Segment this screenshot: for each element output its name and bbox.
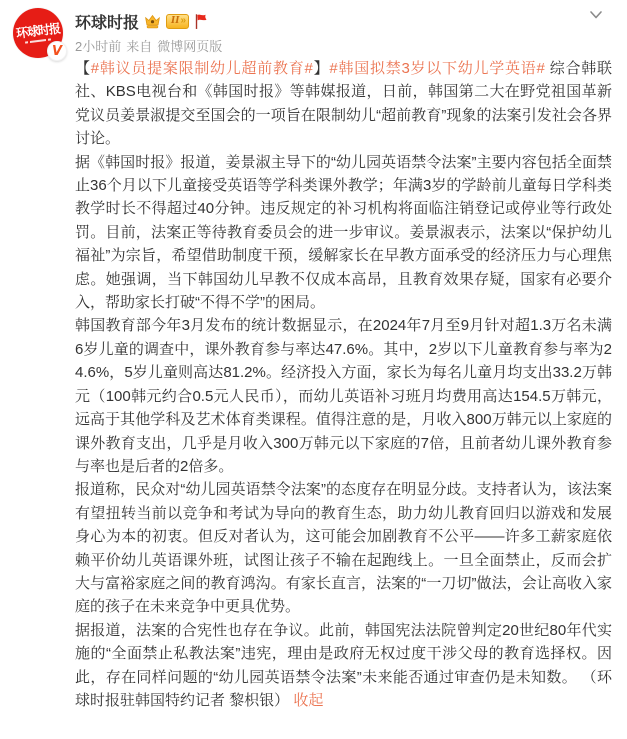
- post-text: 【#韩议员提案限制幼儿超前教育#】#韩国拟禁3岁以下幼儿学英语# 综合韩联社、K…: [75, 57, 612, 712]
- post-paragraph: 韩国教育部今年3月发布的统计数据显示，在2024年7月至9月针对超1.3万名未满…: [75, 314, 612, 478]
- verified-v-icon: V: [47, 41, 67, 61]
- vip-level-text: II: [171, 16, 179, 27]
- post-paragraph: 【#韩议员提案限制幼儿超前教育#】#韩国拟禁3岁以下幼儿学英语# 综合韩联社、K…: [75, 57, 612, 151]
- text-segment: 】: [313, 60, 330, 77]
- screen-name[interactable]: 环球时报: [75, 10, 139, 33]
- timestamp[interactable]: 2小时前: [75, 36, 121, 55]
- source-prefix: 来自: [126, 36, 152, 55]
- vip-level-badge[interactable]: II »: [166, 14, 189, 29]
- post-meta: 2小时前 来自 微博网页版: [75, 36, 222, 55]
- hashtag-link[interactable]: #韩议员提案限制幼儿超前教育#: [91, 60, 313, 77]
- hashtag-link[interactable]: #韩国拟禁3岁以下幼儿学英语#: [329, 60, 544, 77]
- post-header: 环球时报 II »: [75, 11, 209, 31]
- collapse-link[interactable]: 收起: [293, 692, 323, 709]
- text-segment: 韩国教育部今年3月发布的统计数据显示，在2024年7月至9月针对超1.3万名未满…: [75, 317, 612, 474]
- avatar-logo-text: 环球时报: [15, 22, 60, 40]
- text-segment: 据报道，法案的合宪性也存在争议。此前，韩国宪法法院曾判定20世纪80年代实施的“…: [75, 622, 612, 709]
- post-paragraph: 据《韩国时报》报道，姜景淑主导下的“幼儿园英语禁令法案”主要内容包括全面禁止36…: [75, 151, 612, 315]
- text-segment: 据《韩国时报》报道，姜景淑主导下的“幼儿园英语禁令法案”主要内容包括全面禁止36…: [75, 154, 612, 311]
- text-segment: 【: [75, 60, 91, 77]
- vip-tag-tails: »: [180, 16, 186, 26]
- flag-icon[interactable]: [194, 13, 209, 30]
- crown-icon[interactable]: [144, 13, 161, 30]
- avatar[interactable]: 环球时报 V: [13, 8, 63, 58]
- chevron-down-icon[interactable]: [585, 4, 607, 26]
- post-paragraph: 报道称，民众对“幼儿园英语禁令法案”的态度存在明显分歧。支持者认为，该法案有望扭…: [75, 478, 612, 618]
- post-paragraph: 据报道，法案的合宪性也存在争议。此前，韩国宪法法院曾判定20世纪80年代实施的“…: [75, 619, 612, 713]
- source-link[interactable]: 微博网页版: [157, 36, 222, 55]
- text-segment: 报道称，民众对“幼儿园英语禁令法案”的态度存在明显分歧。支持者认为，该法案有望扭…: [75, 481, 612, 615]
